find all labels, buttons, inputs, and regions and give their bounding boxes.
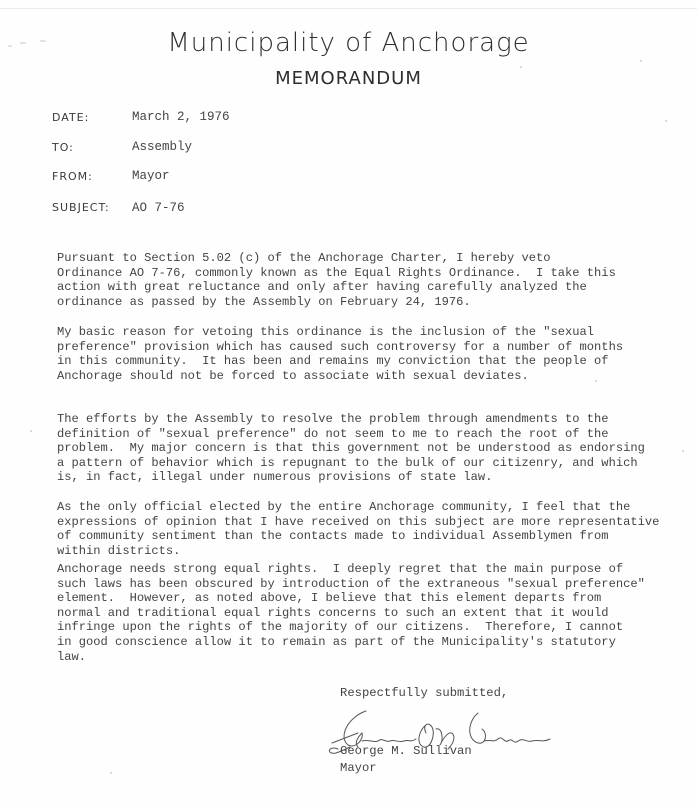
from-label: FROM: (52, 170, 132, 183)
scan-speck (520, 66, 522, 68)
scan-speck (595, 380, 597, 382)
scan-speck (20, 42, 26, 44)
page-top-edge (0, 8, 697, 9)
scan-speck (30, 430, 32, 432)
memo-page: Municipality of Anchorage MEMORANDUM DAT… (0, 0, 697, 805)
scan-speck (40, 40, 46, 42)
subject-label: SUBJECT: (52, 201, 132, 214)
body-paragraph: My basic reason for vetoing this ordinan… (57, 325, 697, 383)
body-paragraph: Anchorage needs strong equal rights. I d… (57, 562, 697, 664)
scan-speck (110, 772, 112, 774)
letterhead-document-type: MEMORANDUM (0, 68, 697, 89)
scan-speck (640, 60, 642, 62)
body-paragraph: The efforts by the Assembly to resolve t… (57, 412, 697, 485)
subject-value: AO 7-76 (132, 201, 185, 215)
date-label: DATE: (52, 111, 132, 124)
date-value: March 2, 1976 (132, 110, 230, 124)
body-paragraph: Pursuant to Section 5.02 (c) of the Anch… (57, 251, 697, 309)
scan-speck (665, 120, 667, 122)
valediction: Respectfully submitted, (340, 686, 508, 700)
signer-title: Mayor (340, 761, 377, 775)
from-value: Mayor (132, 169, 170, 183)
body-paragraph: As the only official elected by the enti… (57, 500, 697, 558)
scan-speck (540, 640, 542, 642)
to-value: Assembly (132, 140, 192, 154)
to-label: TO: (52, 141, 132, 154)
scan-speck (8, 45, 12, 47)
signer-name: George M. Sullivan (340, 744, 472, 758)
scan-speck (682, 450, 684, 452)
letterhead-organization: Municipality of Anchorage (0, 28, 697, 58)
